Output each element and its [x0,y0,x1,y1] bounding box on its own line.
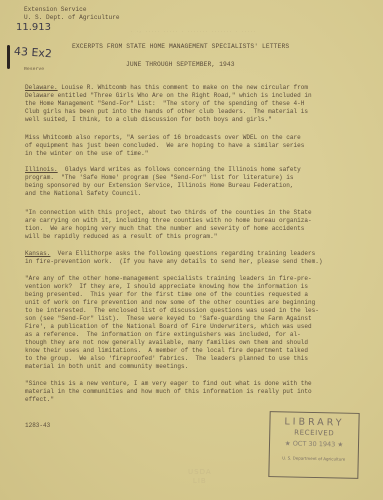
state-heading: Kansas. [25,250,50,257]
handwritten-code: 43 Ex2 [14,45,53,61]
document-title: EXCERPTS FROM STATE HOME MANAGEMENT SPEC… [72,43,289,50]
binding-mark [7,45,10,69]
paragraph-kansas: Kansas. Vera Ellithorpe asks the followi… [25,250,323,266]
library-received-stamp: LIBRARY RECEIVED ★ OCT 30 1943 ★ U. S. D… [268,411,359,479]
document-number: 1283-43 [25,422,50,429]
stamp-received: RECEIVED [270,428,358,438]
paragraph-whitcomb-broadcasts: Miss Whitcomb also reports, "A series of… [25,134,304,158]
state-heading: Delaware. [25,84,58,91]
stamp-date: ★ OCT 30 1943 ★ [270,439,358,449]
usda-lib-perforation: USDA LIB [188,468,212,486]
stamp-library: LIBRARY [270,416,358,429]
agency-line-1: Extension Service [24,6,87,14]
agency-line-2: U. S. Dept. of Agriculture [24,14,120,22]
paragraph-closing-quote: "Since this is a new venture, I am very … [25,380,312,404]
paragraph-illinois-quote: "In connection with this project, about … [25,209,312,241]
paragraph-kansas-quote: "Are any of the other home-management sp… [25,275,319,371]
paragraph-illinois: Illinois. Gladys Ward writes as follows … [25,166,301,198]
paragraph-delaware: Delaware. Louise R. Whitcomb has this co… [25,84,312,124]
reserve-label: Reserve [24,67,44,72]
document-period: JUNE THROUGH SEPTEMBER, 1943 [126,61,235,68]
stamp-department: U. S. Department of Agriculture [270,455,358,462]
bleed-through-text: . ., ..... ..... . ....... ....... . ...… [130,28,256,34]
document-page: Extension Service U. S. Dept. of Agricul… [0,0,383,500]
handwritten-call-number: 11.913 [16,22,51,33]
state-heading: Illinois. [25,166,58,173]
